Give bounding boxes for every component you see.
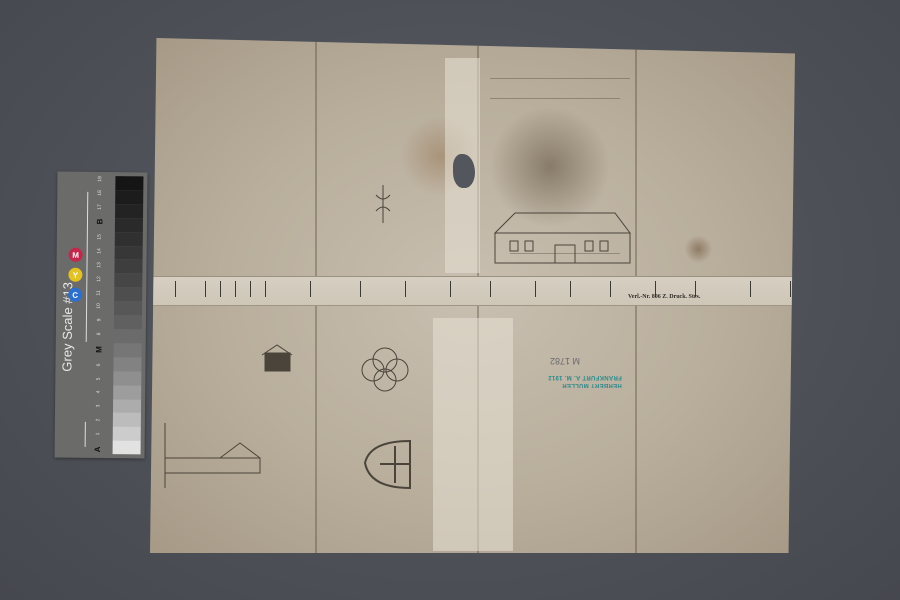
ruler-tick bbox=[535, 281, 536, 297]
building-icon-sketch bbox=[260, 343, 295, 378]
ruler-tick bbox=[175, 281, 176, 297]
grey-patch bbox=[115, 232, 143, 246]
ruler-tick bbox=[220, 281, 221, 297]
patch-label: 2 bbox=[95, 419, 101, 422]
ruler-tick bbox=[310, 281, 311, 297]
card-rule-line-lower bbox=[85, 422, 86, 447]
grey-patch bbox=[114, 260, 142, 274]
patch-label: 4 bbox=[95, 391, 101, 394]
grey-patch bbox=[114, 329, 142, 343]
patch-label: 8 bbox=[96, 333, 102, 336]
handwriting bbox=[510, 253, 620, 254]
stamp-line: HERBERT MULLER bbox=[548, 381, 622, 389]
grey-patch bbox=[115, 218, 143, 232]
patch-label: 9 bbox=[96, 319, 102, 322]
patch-label: 19 bbox=[97, 176, 103, 182]
ruler-tick bbox=[250, 281, 251, 297]
house-sketch bbox=[485, 193, 635, 268]
grey-patch bbox=[115, 246, 143, 260]
patch-label: 15 bbox=[97, 234, 103, 240]
ruler-tick bbox=[405, 281, 406, 297]
patch-label: 13 bbox=[96, 262, 102, 268]
paper-hole bbox=[453, 154, 475, 188]
grey-patch bbox=[113, 371, 141, 385]
ruler-tick bbox=[360, 281, 361, 297]
grey-patch bbox=[114, 287, 142, 301]
ruler-tick bbox=[570, 281, 571, 297]
patch-label: 6 bbox=[95, 363, 101, 366]
ruler-tick bbox=[610, 281, 611, 297]
patch-label: 17 bbox=[97, 204, 103, 210]
patch-label: 1 bbox=[95, 432, 101, 435]
ruler-tick bbox=[450, 281, 451, 297]
grey-patch bbox=[114, 343, 142, 357]
fleur-sketch bbox=[372, 183, 394, 228]
patch-label: A bbox=[93, 446, 102, 452]
patch-label: 18 bbox=[97, 190, 103, 196]
grey-patch bbox=[113, 426, 141, 440]
patch-label: 11 bbox=[96, 290, 102, 295]
grey-scale-card: A123456M89101112131415B171819 Grey Scale… bbox=[55, 172, 148, 459]
grey-patch bbox=[114, 273, 142, 287]
grey-patch bbox=[115, 190, 143, 204]
aged-document: Verl.-Nr. 806 Z. Druck. Strs. M 1782 HER… bbox=[150, 38, 795, 553]
grey-patch bbox=[115, 204, 143, 218]
ruler-tick bbox=[205, 281, 206, 297]
yellow-dot-icon: Y bbox=[68, 268, 82, 282]
patch-number-labels: A123456M89101112131415B171819 bbox=[91, 176, 108, 454]
stamp-line: FRANKFURT A. M. 1912 bbox=[548, 373, 622, 381]
grey-patch bbox=[113, 440, 141, 454]
patch-label: M bbox=[94, 346, 103, 353]
patch-label: 14 bbox=[97, 248, 103, 254]
grey-patch bbox=[114, 315, 142, 329]
pencil-inventory-note: M 1782 bbox=[550, 356, 580, 366]
handwriting bbox=[490, 98, 620, 99]
grey-patch bbox=[113, 399, 141, 413]
ruler-tick bbox=[235, 281, 236, 297]
repair-tape bbox=[433, 318, 513, 551]
grey-patch bbox=[115, 176, 143, 190]
grey-patch bbox=[113, 385, 141, 399]
patch-label: 12 bbox=[96, 276, 102, 282]
patch-label: B bbox=[95, 219, 104, 225]
patch-label: 5 bbox=[95, 377, 101, 380]
church-sketch bbox=[160, 418, 270, 498]
grey-patch bbox=[114, 301, 142, 315]
shield-sketch bbox=[360, 438, 415, 493]
ruler-tick bbox=[750, 281, 751, 297]
ruler-tick bbox=[265, 281, 266, 297]
printed-footer: Verl.-Nr. 806 Z. Druck. Strs. bbox=[628, 294, 700, 300]
magenta-dot-icon: M bbox=[69, 248, 83, 262]
ownership-stamp: HERBERT MULLER FRANKFURT A. M. 1912 bbox=[548, 373, 622, 389]
ruler-tick bbox=[790, 281, 791, 297]
horizontal-fold-strip bbox=[150, 276, 795, 306]
patch-label: 3 bbox=[95, 405, 101, 408]
card-rule-line bbox=[86, 192, 89, 342]
handwriting bbox=[490, 78, 630, 79]
grey-patch bbox=[113, 357, 141, 371]
patch-label: 10 bbox=[96, 304, 102, 310]
grey-scale-patches bbox=[113, 176, 144, 454]
grey-patch bbox=[113, 413, 141, 427]
cloud-flower-sketch bbox=[355, 338, 415, 398]
cyan-dot-icon: C bbox=[68, 288, 82, 302]
ruler-tick bbox=[490, 281, 491, 297]
